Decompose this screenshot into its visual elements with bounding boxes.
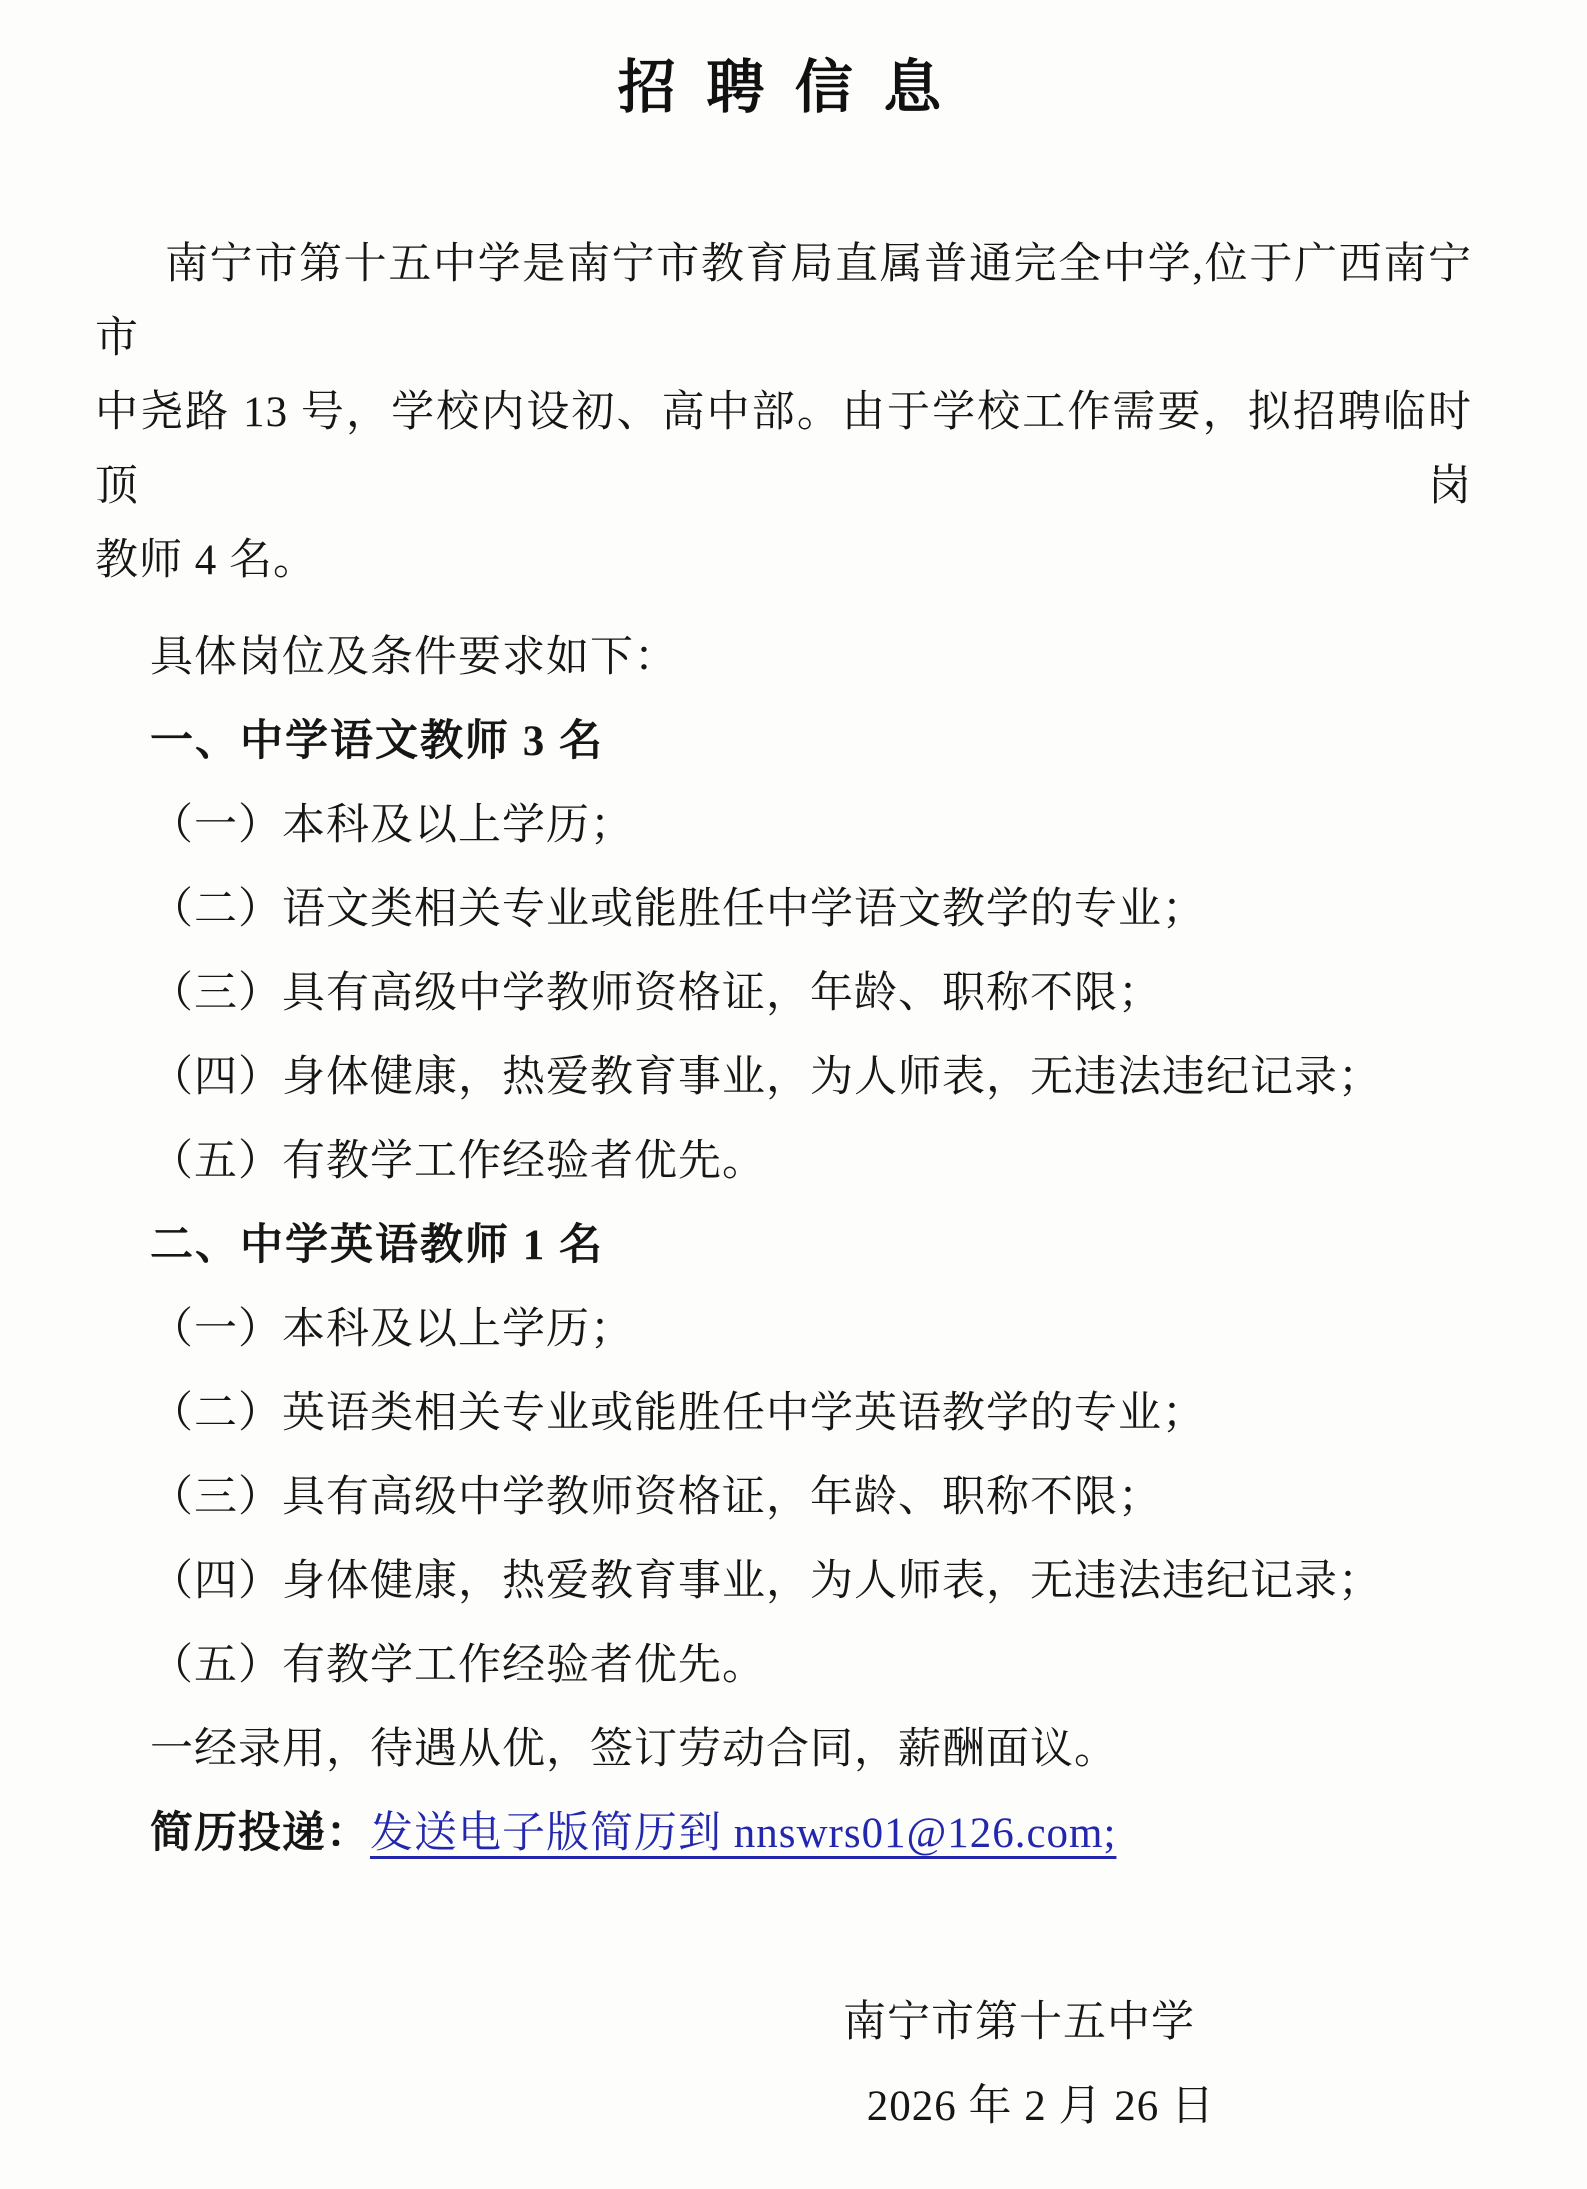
document-footer: 南宁市第十五中学 2026 年 2 月 26 日 [95,1981,1472,2149]
requirement-item: （五）有教学工作经验者优先。 [95,1624,1472,1708]
intro-line: 南宁市第十五中学是南宁市教育局直属普通完全中学,位于广西南宁市 [95,228,1472,376]
intro-line: 教师 4 名。 [95,524,1472,598]
requirement-item: （三）具有高级中学教师资格证，年龄、职称不限； [95,1456,1472,1540]
resume-label: 简历投递： [150,1810,370,1857]
date: 2026 年 2 月 26 日 [95,2065,1215,2149]
requirement-item: （五）有教学工作经验者优先。 [95,1120,1472,1204]
requirement-item: （四）身体健康，热爱教育事业，为人师表，无违法违纪记录； [95,1036,1472,1120]
section-heading-english-teacher: 二、中学英语教师 1 名 [95,1204,1472,1288]
resume-email-link[interactable]: 发送电子版简历到 nnswrs01@126.com; [370,1810,1116,1857]
requirement-item: （四）身体健康，热爱教育事业，为人师表，无违法违纪记录； [95,1540,1472,1624]
requirement-item: （二）英语类相关专业或能胜任中学英语教学的专业； [95,1372,1472,1456]
requirement-item: （一）本科及以上学历； [95,1288,1472,1372]
section-lead-in: 具体岗位及条件要求如下： [95,616,1472,700]
requirements-block: 具体岗位及条件要求如下： 一、中学语文教师 3 名 （一）本科及以上学历； （二… [95,616,1472,1876]
requirement-item: （三）具有高级中学教师资格证，年龄、职称不限； [95,952,1472,1036]
section-heading-chinese-teacher: 一、中学语文教师 3 名 [95,700,1472,784]
page-title: 招 聘 信 息 [95,48,1472,128]
requirement-item: （二）语文类相关专业或能胜任中学语文教学的专业； [95,868,1472,952]
intro-paragraph: 南宁市第十五中学是南宁市教育局直属普通完全中学,位于广西南宁市 中尧路 13 号… [95,228,1472,598]
closing-line: 一经录用，待遇从优，签订劳动合同，薪酬面议。 [95,1708,1472,1792]
intro-line: 中尧路 13 号，学校内设初、高中部。由于学校工作需要，拟招聘临时顶岗 [95,376,1472,524]
recruitment-notice-document: 招 聘 信 息 南宁市第十五中学是南宁市教育局直属普通完全中学,位于广西南宁市 … [0,0,1587,2189]
requirement-item: （一）本科及以上学历； [95,784,1472,868]
signature: 南宁市第十五中学 [95,1981,1215,2065]
resume-submission-line: 简历投递：发送电子版简历到 nnswrs01@126.com; [95,1792,1472,1876]
